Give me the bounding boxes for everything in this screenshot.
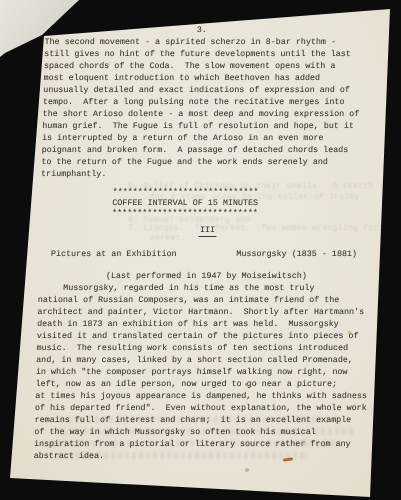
piece-title-row: Pictures at an Exhibition Mussorgsky (18…: [39, 248, 375, 260]
performance-note: (Last performed in 1947 by Moiseiwitsch): [38, 270, 374, 282]
interval-title: COFFEE INTERVAL OF 15 MINUTES: [112, 198, 258, 209]
page-number: 3.: [45, 24, 381, 36]
rust-stain: [300, 439, 307, 446]
interval-notice: ***************************** COFFEE INT…: [112, 187, 259, 219]
section-number-row: III: [39, 224, 375, 237]
rust-stain: [245, 383, 248, 386]
rust-stain: [348, 331, 351, 334]
typed-text: 3. The second movement - a spirited sche…: [34, 24, 381, 462]
section-number: III: [199, 224, 216, 237]
rust-stain: [245, 468, 249, 472]
paragraph-beethoven: The second movement - a spirited scherzo…: [41, 36, 381, 180]
stars-line: *****************************: [112, 187, 258, 198]
piece-title: Pictures at an Exhibition: [51, 248, 177, 260]
paragraph-mussorgsky: Mussorgsky, regarded in his time as the …: [34, 282, 375, 462]
scanned-document: 5. Ballet of Chickens in their Shells. A…: [0, 0, 401, 500]
document-page: 5. Ballet of Chickens in their Shells. A…: [0, 0, 401, 500]
composer-name: Mussorgsky (1835 - 1881): [236, 248, 357, 260]
stars-line: *****************************: [112, 208, 258, 219]
